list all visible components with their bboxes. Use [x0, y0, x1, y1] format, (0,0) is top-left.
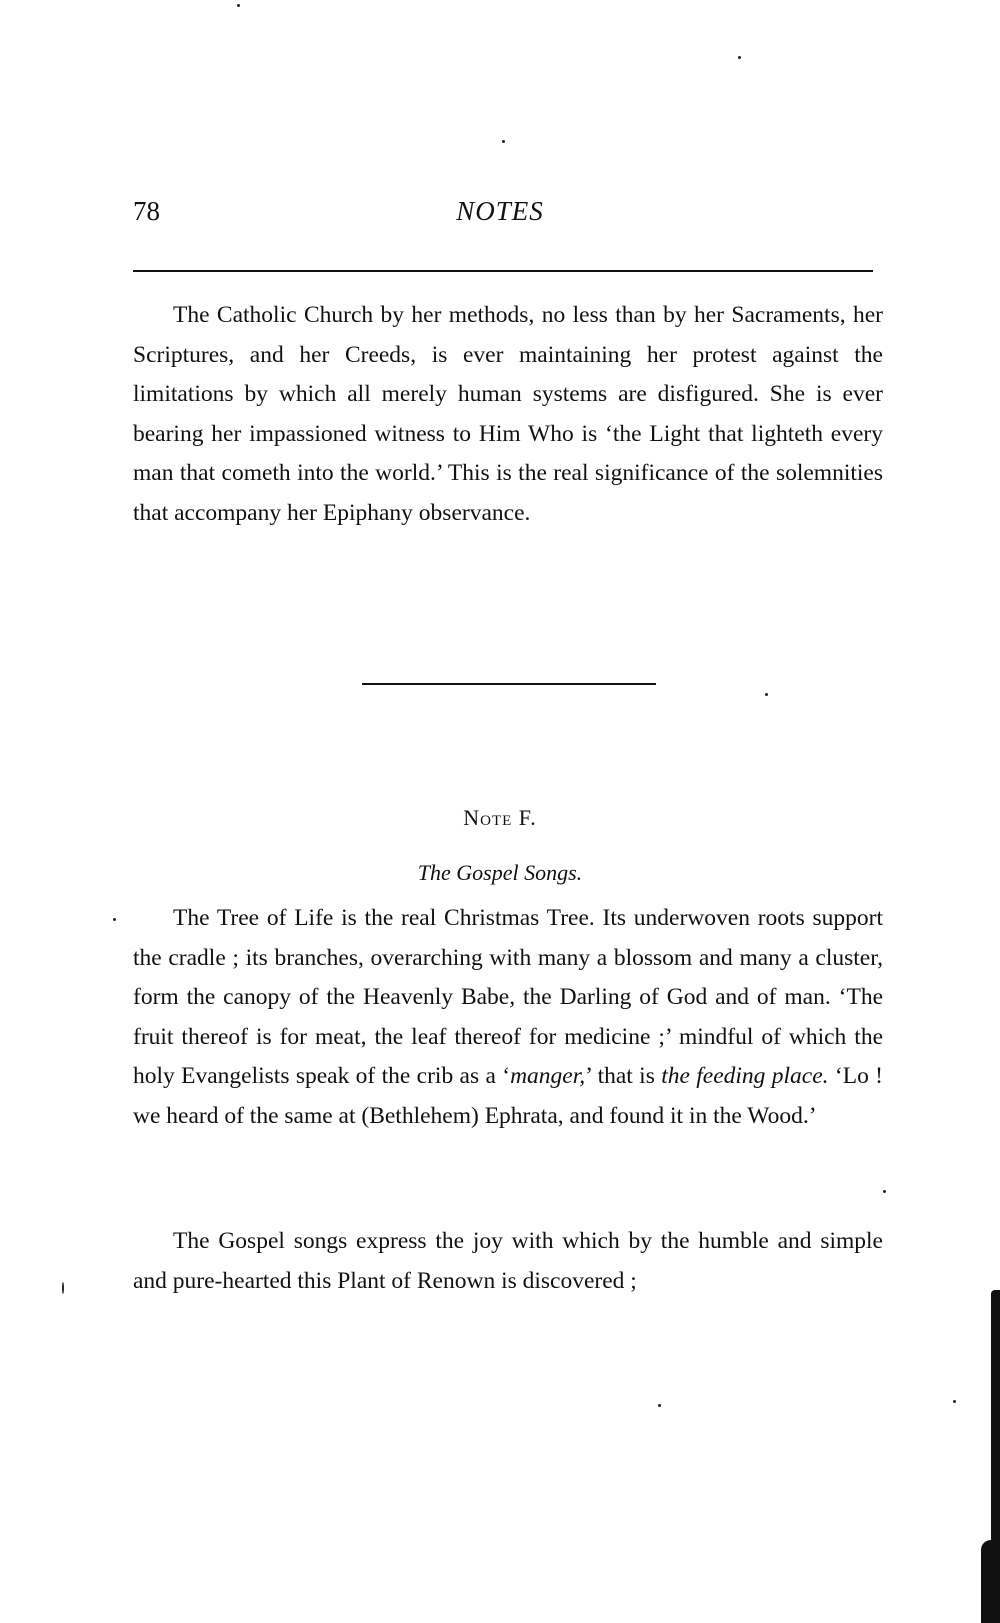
paragraph: The Catholic Church by her methods, no l…: [133, 296, 883, 533]
note-heading: Note F.: [0, 805, 1000, 831]
header-rule: [133, 270, 873, 272]
paragraph: The Tree of Life is the real Christmas T…: [133, 899, 883, 1136]
scan-speck: [953, 1400, 956, 1403]
scan-page-edge-shadow: [991, 1290, 1000, 1623]
scan-speck: [765, 693, 768, 696]
scan-speck: [237, 4, 240, 7]
note-title: The Gospel Songs.: [0, 860, 1000, 886]
section-1-text: The Catholic Church by her methods, no l…: [133, 296, 883, 533]
italic-manger: manger,: [510, 1063, 585, 1089]
scan-speck: [113, 918, 116, 921]
scan-speck: [883, 1190, 886, 1193]
note-f-paragraph-1: The Tree of Life is the real Christmas T…: [133, 899, 883, 1136]
italic-feeding-place: the feeding place.: [661, 1063, 828, 1089]
book-page: 78 NOTES The Catholic Church by her meth…: [0, 0, 1000, 1623]
running-head-title: NOTES: [0, 196, 1000, 227]
scan-speck: [502, 140, 505, 143]
text-run: ’ that is: [585, 1063, 661, 1089]
paragraph: The Gospel songs express the joy with wh…: [133, 1222, 883, 1301]
scan-page-edge-shadow: [981, 1540, 991, 1623]
note-f-paragraph-2: The Gospel songs express the joy with wh…: [133, 1222, 883, 1301]
text-run: The Tree of Life is the real Christmas T…: [133, 905, 883, 1089]
scan-speck: [62, 1282, 64, 1294]
section-divider-rule: [362, 683, 656, 685]
scan-speck: [658, 1404, 661, 1407]
scan-speck: [738, 56, 741, 59]
